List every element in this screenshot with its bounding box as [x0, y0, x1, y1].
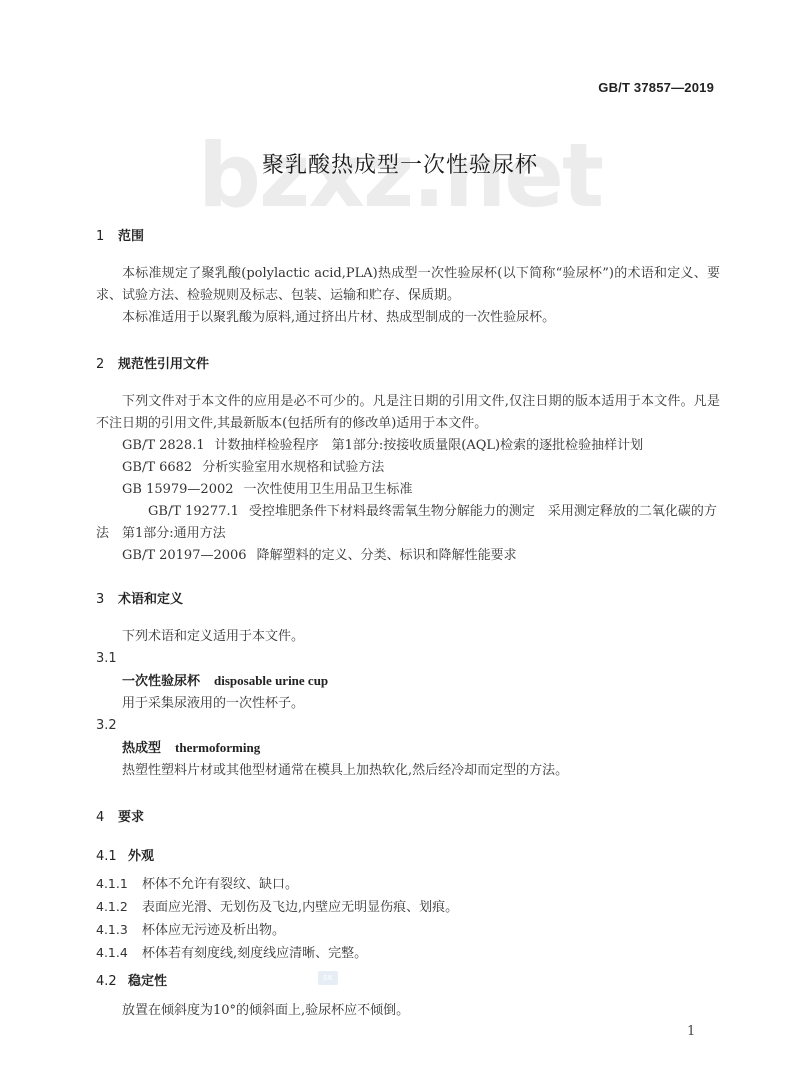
section-2-body: 下列文件对于本文件的应用是必不可少的。凡是注日期的引用文件,仅注日期的版本适用于…: [96, 391, 720, 567]
page-number: 1: [687, 1024, 695, 1039]
reference-item: GB/T 6682分析实验室用水规格和试验方法: [96, 457, 720, 479]
section-heading: 2规范性引用文件: [96, 353, 720, 372]
clause-item: 4.1.2表面应光滑、无划伤及飞边,内壁应无明显伤痕、划痕。: [96, 896, 720, 919]
subsection-heading: 4.2稳定性: [96, 970, 720, 989]
term-name: 热成型thermoforming: [96, 737, 720, 760]
publisher-logo-icon: SK: [318, 971, 338, 985]
subsection-4-1-clauses: 4.1.1杯体不允许有裂纹、缺口。 4.1.2表面应光滑、无划伤及飞边,内壁应无…: [96, 873, 720, 965]
term-definition: 热塑性塑料片材或其他型材通常在模具上加热软化,然后经冷却而定型的方法。: [96, 760, 720, 782]
section-heading: 1范围: [96, 225, 720, 244]
section-3-body: 下列术语和定义适用于本文件。 3.1 一次性验尿杯disposable urin…: [96, 626, 720, 782]
document-title: 聚乳酸热成型一次性验尿杯: [0, 148, 800, 179]
section-4-requirements: 4要求: [96, 806, 720, 825]
reference-item: GB/T 2828.1计数抽样检验程序 第1部分:按接收质量限(AQL)检索的逐…: [96, 435, 720, 457]
term-number: 3.1: [96, 648, 720, 670]
section-3-terms: 3术语和定义: [96, 588, 720, 607]
section-1-body: 本标准规定了聚乳酸(polylactic acid,PLA)热成型一次性验尿杯(…: [96, 263, 720, 329]
section-heading: 3术语和定义: [96, 588, 720, 607]
term-definition: 用于采集尿液用的一次性杯子。: [96, 693, 720, 715]
section-2-normative-references: 2规范性引用文件: [96, 353, 720, 372]
paragraph: 本标准适用于以聚乳酸为原料,通过挤出片材、热成型制成的一次性验尿杯。: [96, 307, 720, 329]
paragraph: 下列术语和定义适用于本文件。: [96, 626, 720, 648]
clause-item: 4.1.3杯体应无污迹及析出物。: [96, 919, 720, 942]
reference-item: GB/T 20197—2006降解塑料的定义、分类、标识和降解性能要求: [96, 545, 720, 567]
reference-item: GB 15979—2002一次性使用卫生用品卫生标准: [96, 479, 720, 501]
paragraph: 下列文件对于本文件的应用是必不可少的。凡是注日期的引用文件,仅注日期的版本适用于…: [96, 391, 720, 435]
section-1-scope: 1范围: [96, 225, 720, 244]
subsection-4-1-appearance: 4.1外观: [96, 845, 720, 864]
standard-code: GB/T 37857—2019: [598, 80, 714, 95]
subsection-heading: 4.1外观: [96, 845, 720, 864]
reference-item: GB/T 19277.1受控堆肥条件下材料最终需氧生物分解能力的测定 采用测定释…: [96, 501, 720, 545]
clause-item: 4.1.1杯体不允许有裂纹、缺口。: [96, 873, 720, 896]
paragraph: 本标准规定了聚乳酸(polylactic acid,PLA)热成型一次性验尿杯(…: [96, 263, 720, 307]
term-name: 一次性验尿杯disposable urine cup: [96, 670, 720, 693]
subsection-4-2-body: 放置在倾斜度为10°的倾斜面上,验尿杯应不倾倒。: [96, 1000, 720, 1022]
subsection-4-2-stability: 4.2稳定性: [96, 970, 720, 989]
section-heading: 4要求: [96, 806, 720, 825]
paragraph: 放置在倾斜度为10°的倾斜面上,验尿杯应不倾倒。: [96, 1000, 720, 1022]
clause-item: 4.1.4杯体若有刻度线,刻度线应清晰、完整。: [96, 942, 720, 965]
term-number: 3.2: [96, 715, 720, 737]
